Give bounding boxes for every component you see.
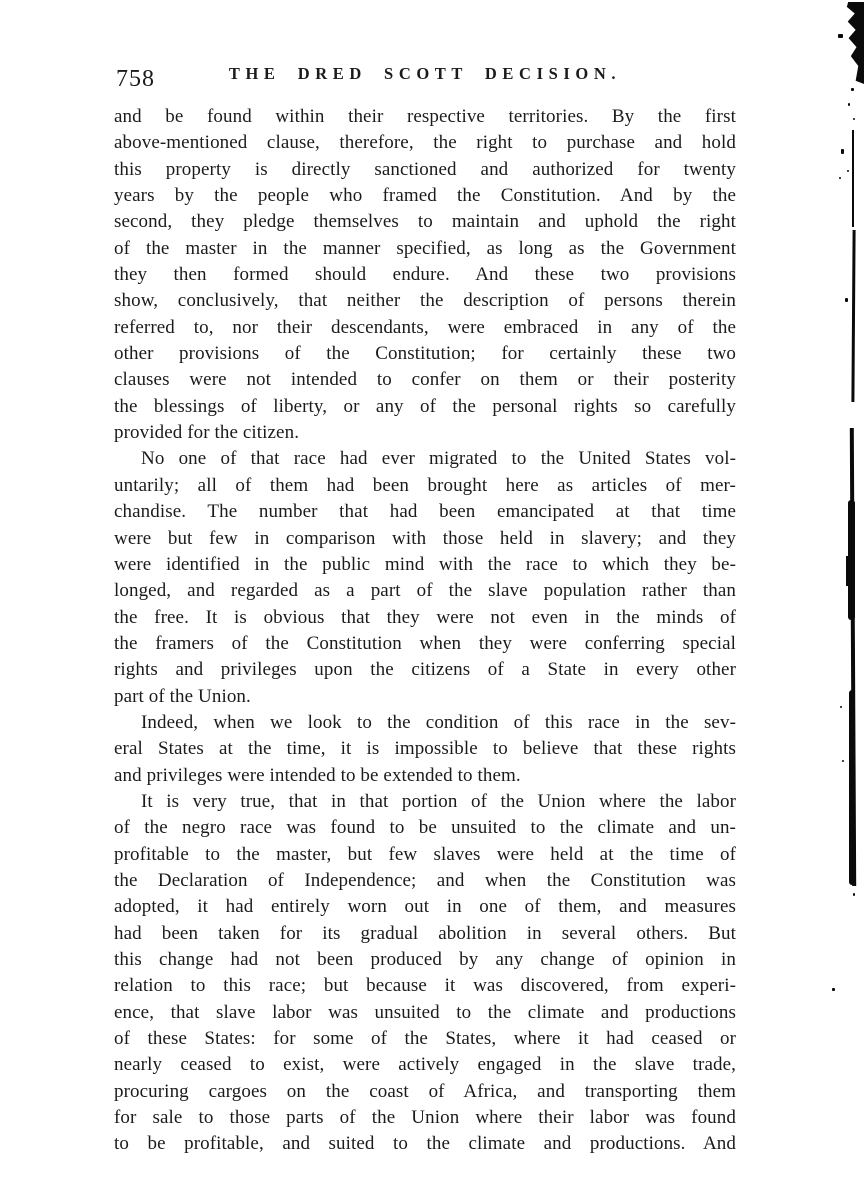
text-line: to be profitable, and suited to the clim…	[114, 1131, 736, 1157]
scan-streak	[851, 230, 855, 402]
scan-speck	[832, 988, 835, 991]
text-line: profitable to the master, but few slaves…	[114, 842, 736, 868]
text-line: and privileges were intended to be exten…	[114, 763, 736, 789]
text-line: were identified in the public mind with …	[114, 552, 736, 578]
scan-speck	[853, 118, 855, 120]
text-line: It is very true, that in that portion of…	[114, 789, 736, 815]
text-line: No one of that race had ever migrated to…	[114, 446, 736, 472]
text-line: for sale to those parts of the Union whe…	[114, 1105, 736, 1131]
text-line: were but few in comparison with those he…	[114, 526, 736, 552]
text-line: chandise. The number that had been emanc…	[114, 499, 736, 525]
text-line: provided for the citizen.	[114, 420, 736, 446]
text-line: the blessings of liberty, or any of the …	[114, 394, 736, 420]
text-line: Indeed, when we look to the condition of…	[114, 710, 736, 736]
text-line: relation to this race; but because it wa…	[114, 973, 736, 999]
running-head: THE DRED SCOTT DECISION.	[114, 66, 736, 83]
paragraph: No one of that race had ever migrated to…	[114, 446, 736, 709]
text-line: clauses were not intended to confer on t…	[114, 367, 736, 393]
page-header: 758 THE DRED SCOTT DECISION.	[114, 60, 736, 90]
text-line: nearly ceased to exist, were actively en…	[114, 1052, 736, 1078]
scan-ink-blob	[842, 2, 864, 84]
scan-speck	[839, 177, 841, 179]
paragraph: and be found within their respective ter…	[114, 104, 736, 446]
text-line: of the negro race was found to be unsuit…	[114, 815, 736, 841]
text-line: this property is directly sanctioned and…	[114, 157, 736, 183]
scan-speck	[845, 298, 848, 302]
text-line: years by the people who framed the Const…	[114, 183, 736, 209]
text-line: longed, and regarded as a part of the sl…	[114, 578, 736, 604]
text-line: show, conclusively, that neither the des…	[114, 288, 736, 314]
text-line: second, they pledge themselves to mainta…	[114, 209, 736, 235]
scan-speck	[840, 706, 842, 708]
text-line: and be found within their respective ter…	[114, 104, 736, 130]
text-line: above-mentioned clause, therefore, the r…	[114, 130, 736, 156]
text-line: part of the Union.	[114, 684, 736, 710]
text-line: referred to, nor their descendants, were…	[114, 315, 736, 341]
text-line: they then formed should endure. And thes…	[114, 262, 736, 288]
page-text: and be found within their respective ter…	[114, 104, 736, 1158]
text-line: of the master in the manner specified, a…	[114, 236, 736, 262]
scan-streak	[846, 556, 850, 586]
text-line: of these States: for some of the States,…	[114, 1026, 736, 1052]
text-line: procuring cargoes on the coast of Africa…	[114, 1079, 736, 1105]
text-line: other provisions of the Constitution; fo…	[114, 341, 736, 367]
scan-speck	[851, 88, 854, 91]
paragraph: Indeed, when we look to the condition of…	[114, 710, 736, 789]
text-line: the free. It is obvious that they were n…	[114, 605, 736, 631]
text-line: eral States at the time, it is impossibl…	[114, 736, 736, 762]
scan-speck	[841, 149, 844, 154]
scan-speck	[848, 103, 850, 106]
scan-speck	[842, 760, 844, 762]
text-line: this change had not been produced by any…	[114, 947, 736, 973]
text-line: ence, that slave labor was unsuited to t…	[114, 1000, 736, 1026]
text-line: had been taken for its gradual abolition…	[114, 921, 736, 947]
book-page: 758 THE DRED SCOTT DECISION. and be foun…	[0, 0, 864, 1200]
scan-speck	[847, 170, 849, 172]
scan-speck	[853, 893, 855, 896]
text-line: the framers of the Constitution when the…	[114, 631, 736, 657]
scan-speck	[838, 34, 843, 38]
scan-streak	[849, 690, 855, 885]
text-line: rights and privileges upon the citizens …	[114, 657, 736, 683]
scan-streak	[852, 130, 854, 227]
text-line: adopted, it had entirely worn out in one…	[114, 894, 736, 920]
text-line: untarily; all of them had been brought h…	[114, 473, 736, 499]
text-line: the Declaration of Independence; and whe…	[114, 868, 736, 894]
paragraph: It is very true, that in that portion of…	[114, 789, 736, 1158]
